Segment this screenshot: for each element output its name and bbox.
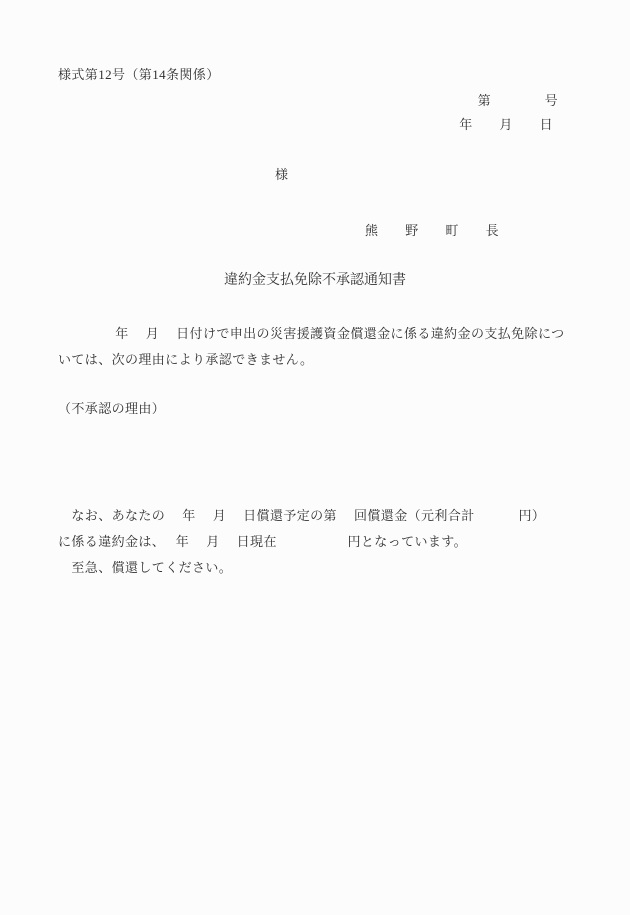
document-number-line: 第 号 — [478, 88, 558, 114]
reason-label: （不承認の理由） — [58, 396, 165, 422]
date-line: 年 月 日 — [459, 112, 553, 138]
document-title: 違約金支払免除不承認通知書 — [0, 268, 630, 294]
document-page: 様式第12号（第14条関係） 第 号 年 月 日 様 熊 野 町 長 違約金支払… — [0, 0, 630, 915]
body-paragraph: 年 月 日付けで申出の災害援護資金償還金に係る違約金の支払免除につ いては、次の… — [58, 321, 603, 373]
addressee-line: 様 — [275, 162, 288, 188]
sender-line: 熊 野 町 長 — [365, 218, 499, 244]
form-label: 様式第12号（第14条関係） — [58, 62, 220, 88]
closing-paragraph: なお、あなたの 年 月 日償還予定の第 回償還金（元利合計 円） に係る違約金は… — [58, 503, 603, 581]
